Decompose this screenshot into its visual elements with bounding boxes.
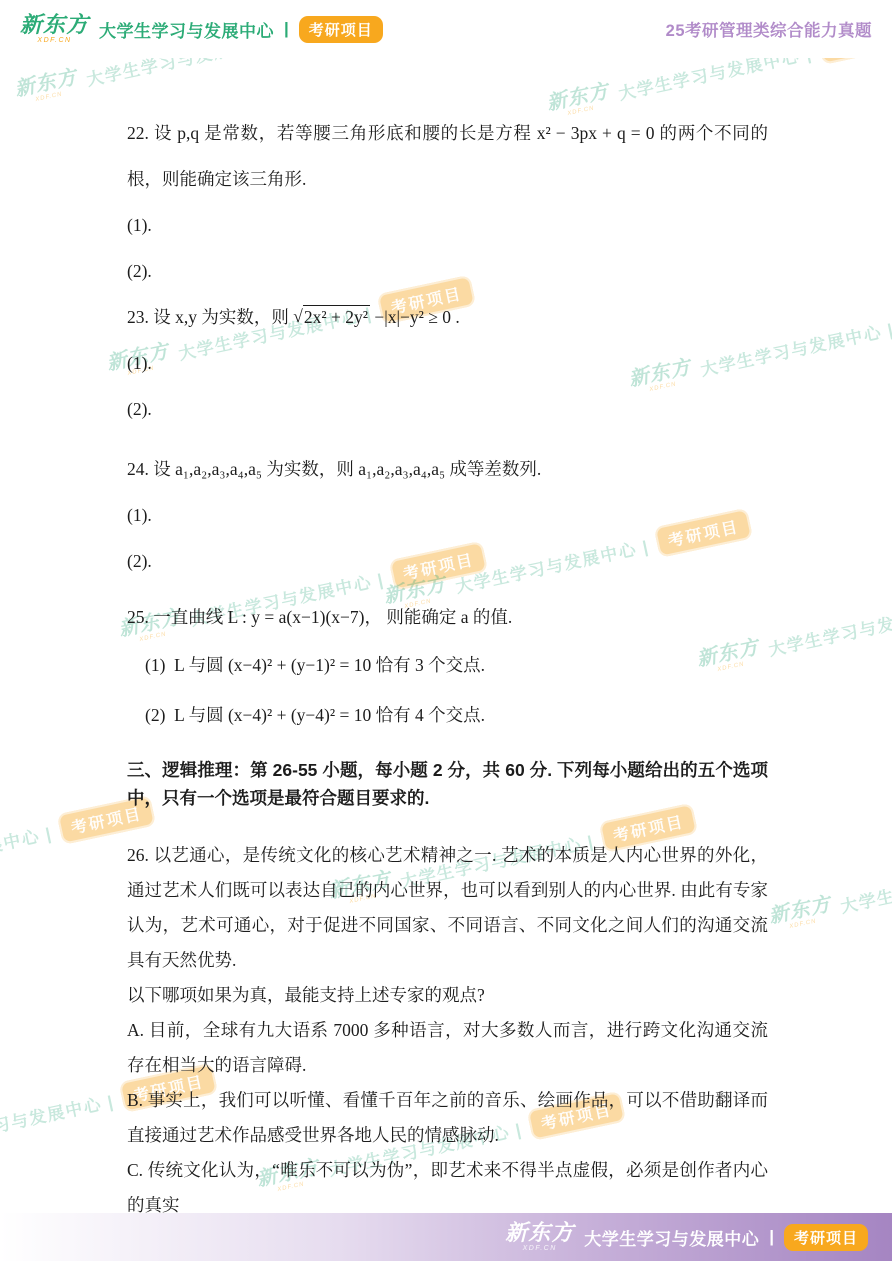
xdf-logo: 新东方 XDF.CN bbox=[20, 14, 89, 44]
xdf-logo-subtext: XDF.CN bbox=[37, 37, 71, 44]
xdf-logo-footer-subtext: XDF.CN bbox=[523, 1245, 557, 1252]
brand-divider: | bbox=[284, 19, 289, 39]
footer-divider: | bbox=[769, 1227, 774, 1247]
question-24: 24. 设 a₁,a₂,a₃,a₄,a₅ 为实数，则 a₁,a₂,a₃,a₄,a… bbox=[127, 446, 768, 584]
question-25-condition-2: (2) L 与圆 (x−4)² + (y−4)² = 10 恰有 4 个交点. bbox=[127, 690, 768, 740]
footer-center-label: 大学生学习与发展中心 bbox=[584, 1225, 759, 1250]
question-25-stem: 25. 一直曲线 L : y = a(x−1)(x−7)， 则能确定 a 的值. bbox=[127, 594, 768, 640]
sqrt-radicand: 2x² + 2y² bbox=[303, 305, 370, 327]
xdf-logo-footer-text: 新东方 bbox=[505, 1222, 574, 1244]
watermark-logo-subtext: XDF.CN bbox=[789, 918, 817, 930]
question-26-option-a: A. 目前，全球有九大语系 7000 多种语言，对大多数人而言，进行跨文化沟通交… bbox=[127, 1013, 768, 1083]
exam-page: 新东方XDF.CN 大学生学习与发展中心 | 考研项目 新东方XDF.CN 大学… bbox=[0, 0, 892, 1261]
brand-center-label: 大学生学习与发展中心 bbox=[99, 17, 274, 42]
question-22-condition-2: (2). bbox=[127, 248, 768, 294]
section-3-heading: 三、逻辑推理：第 26-55 小题，每小题 2 分，共 60 分. 下列每小题给… bbox=[127, 756, 768, 812]
watermark-label: 大学生学习与发展中心 | bbox=[0, 1087, 116, 1153]
footer-kaoyan-project-badge: 考研项目 bbox=[784, 1224, 868, 1251]
question-26: 26. 以艺通心，是传统文化的核心艺术精神之一. 艺术的本质是人内心世界的外化，… bbox=[127, 838, 768, 1223]
header: 新东方 XDF.CN 大学生学习与发展中心 | 考研项目 25考研管理类综合能力… bbox=[0, 0, 892, 58]
xdf-logo-footer: 新东方 XDF.CN bbox=[505, 1222, 574, 1252]
question-24-condition-1: (1). bbox=[127, 492, 768, 538]
watermark-label: 大学生学习与发展中心 | bbox=[766, 595, 892, 661]
question-22-stem: 22. 设 p,q 是常数，若等腰三角形底和腰的长是方程 x² − 3px + … bbox=[127, 110, 768, 202]
question-25-condition-1: (1) L 与圆 (x−4)² + (y−1)² = 10 恰有 3 个交点. bbox=[127, 640, 768, 690]
question-25: 25. 一直曲线 L : y = a(x−1)(x−7)， 则能确定 a 的值.… bbox=[127, 594, 768, 740]
exam-content: 22. 设 p,q 是常数，若等腰三角形底和腰的长是方程 x² − 3px + … bbox=[127, 58, 768, 1259]
watermark-logo: 新东方XDF.CN bbox=[767, 894, 834, 934]
question-23-tail: −|x|−y² ≥ 0 . bbox=[370, 307, 460, 327]
kaoyan-project-badge: 考研项目 bbox=[299, 16, 383, 43]
xdf-logo-text: 新东方 bbox=[20, 14, 89, 36]
question-26-stem: 26. 以艺通心，是传统文化的核心艺术精神之一. 艺术的本质是人内心世界的外化，… bbox=[127, 838, 768, 978]
question-26-option-b: B. 事实上，我们可以听懂、看懂千百年之前的音乐、绘画作品，可以不借助翻译而直接… bbox=[127, 1083, 768, 1153]
brand: 新东方 XDF.CN 大学生学习与发展中心 | 考研项目 bbox=[20, 14, 383, 44]
watermark-label: 大学生学习与发展中心 | bbox=[838, 852, 892, 918]
question-23-condition-1: (1). bbox=[127, 340, 768, 386]
question-22-condition-1: (1). bbox=[127, 202, 768, 248]
question-26-prompt: 以下哪项如果为真，最能支持上述专家的观点? bbox=[127, 978, 768, 1013]
question-24-condition-2: (2). bbox=[127, 538, 768, 584]
question-23-condition-2: (2). bbox=[127, 386, 768, 432]
question-23: 23. 设 x,y 为实数，则 √2x² + 2y² −|x|−y² ≥ 0 .… bbox=[127, 294, 768, 432]
question-24-stem: 24. 设 a₁,a₂,a₃,a₄,a₅ 为实数，则 a₁,a₂,a₃,a₄,a… bbox=[127, 446, 768, 492]
question-23-stem: 23. 设 x,y 为实数，则 √2x² + 2y² −|x|−y² ≥ 0 . bbox=[127, 294, 768, 340]
sqrt-radical-sign: √ bbox=[293, 293, 303, 339]
exam-title: 25考研管理类综合能力真题 bbox=[666, 17, 872, 41]
question-23-lead: 23. 设 x,y 为实数，则 bbox=[127, 307, 293, 327]
brand-watermark: 新东方XDF.CN 大学生学习与发展中心 | 考研项目 bbox=[767, 828, 892, 936]
watermark-logo-subtext: XDF.CN bbox=[35, 91, 63, 103]
footer: 新东方 XDF.CN 大学生学习与发展中心 | 考研项目 bbox=[0, 1213, 892, 1261]
watermark-logo: 新东方XDF.CN bbox=[13, 67, 80, 107]
watermark-logo-text: 新东方 bbox=[767, 894, 833, 927]
watermark-logo-text: 新东方 bbox=[13, 67, 79, 100]
watermark-label: 大学生学习与发展中心 | bbox=[0, 819, 54, 885]
question-22: 22. 设 p,q 是常数，若等腰三角形底和腰的长是方程 x² − 3px + … bbox=[127, 110, 768, 294]
